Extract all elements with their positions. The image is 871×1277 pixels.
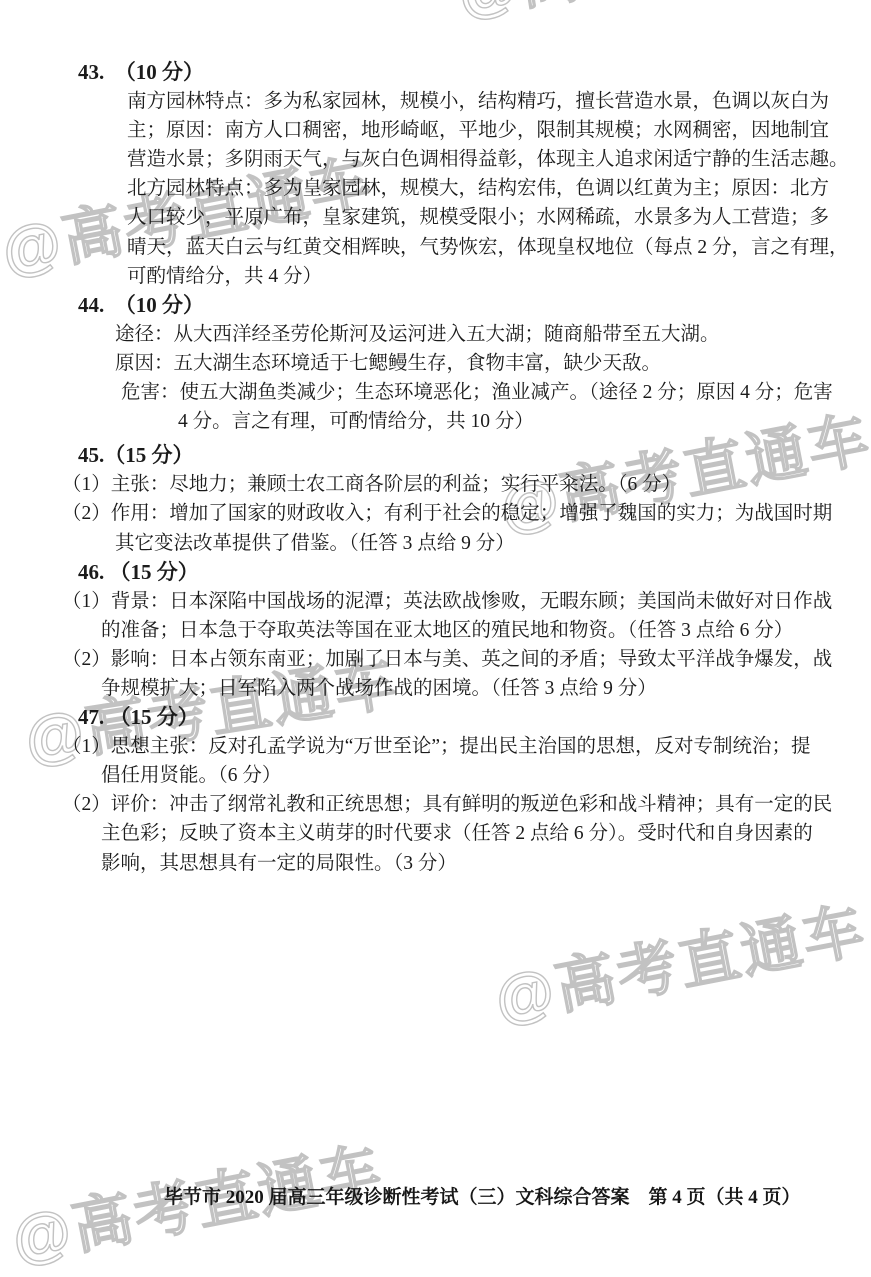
answer-line: （2）评价：冲击了纲常礼教和正统思想；具有鲜明的叛逆色彩和战斗精神；具有一定的民 [62, 790, 871, 819]
question-heading: 44. （10 分） [78, 291, 871, 320]
answer-line: 营造水景；多阴雨天气，与灰白色调相得益彰，体现主人追求闲适宁静的生活志趣。 [127, 145, 871, 174]
answer-line: （2）作用：增加了国家的财政收入；有利于社会的稳定；增强了魏国的实力；为战国时期 [62, 499, 871, 528]
question-block: 46. （15 分） （1）背景：日本深陷中国战场的泥潭；英法欧战惨败，无暇东顾… [0, 558, 871, 703]
answer-line: 主；原因：南方人口稠密，地形崎岖，平地少，限制其规模；水网稠密，因地制宜 [127, 116, 871, 145]
document-page: @高考直通车 @高考直通车 @高考直通车 @高考直通车 @高考直通车 @高考直通… [0, 0, 871, 1277]
answers-content: 43. （10 分） 南方园林特点：多为私家园林，规模小，结构精巧，擅长营造水景… [0, 58, 871, 878]
question-heading: 43. （10 分） [78, 58, 871, 87]
question-lines: 南方园林特点：多为私家园林，规模小，结构精巧，擅长营造水景，色调以灰白为主；原因… [0, 87, 871, 291]
answer-line: 晴天，蓝天白云与红黄交相辉映，气势恢宏，体现皇权地位（每点 2 分，言之有理， [127, 233, 871, 262]
answer-line: 途径：从大西洋经圣劳伦斯河及运河进入五大湖；随商船带至五大湖。 [115, 320, 871, 349]
answer-line: 其它变法改革提供了借鉴。（任答 3 点给 9 分） [115, 529, 871, 558]
question-block: 45.（15 分） （1）主张：尽地力；兼顾士农工商各阶层的利益；实行平籴法。（… [0, 441, 871, 557]
question-heading: 45.（15 分） [78, 441, 871, 470]
question-block: 43. （10 分） 南方园林特点：多为私家园林，规模小，结构精巧，擅长营造水景… [0, 58, 871, 291]
answer-line: （1）主张：尽地力；兼顾士农工商各阶层的利益；实行平籴法。（6 分） [62, 470, 871, 499]
question-heading: 46. （15 分） [78, 558, 871, 587]
answer-line: 人口较少，平原广布，皇家建筑，规模受限小；水网稀疏，水景多为人工营造；多 [127, 203, 871, 232]
answer-line: 可酌情给分，共 4 分） [127, 262, 871, 291]
answer-line: （1）思想主张：反对孔孟学说为“万世至论”；提出民主治国的思想，反对专制统治；提 [62, 732, 871, 761]
answer-line: 倡任用贤能。（6 分） [101, 761, 871, 790]
question-lines: （1）思想主张：反对孔孟学说为“万世至论”；提出民主治国的思想，反对专制统治；提… [0, 732, 871, 877]
question-lines: （1）背景：日本深陷中国战场的泥潭；英法欧战惨败，无暇东顾；美国尚未做好对日作战… [0, 587, 871, 703]
answer-line: （2）影响：日本占领东南亚；加剧了日本与美、英之间的矛盾；导致太平洋战争爆发，战 [62, 645, 871, 674]
watermark-top: @高考直通车 [451, 0, 836, 31]
question-block: 44. （10 分） 途径：从大西洋经圣劳伦斯河及运河进入五大湖；随商船带至五大… [0, 291, 871, 436]
answer-line: 4 分。言之有理，可酌情给分，共 10 分） [178, 407, 871, 436]
answer-line: 的准备；日本急于夺取英法等国在亚太地区的殖民地和物资。（任答 3 点给 6 分） [101, 616, 871, 645]
question-heading: 47. （15 分） [78, 703, 871, 732]
answer-line: 危害：使五大湖鱼类减少；生态环境恶化；渔业减产。（途径 2 分；原因 4 分；危… [121, 378, 871, 407]
answer-line: （1）背景：日本深陷中国战场的泥潭；英法欧战惨败，无暇东顾；美国尚未做好对日作战 [62, 587, 871, 616]
question-lines: 途径：从大西洋经圣劳伦斯河及运河进入五大湖；随商船带至五大湖。原因：五大湖生态环… [0, 320, 871, 436]
answer-line: 原因：五大湖生态环境适于七鳃鳗生存，食物丰富，缺少天敌。 [115, 349, 871, 378]
answer-line: 主色彩；反映了资本主义萌芽的时代要求（任答 2 点给 6 分）。受时代和自身因素… [101, 819, 871, 848]
watermark-right-lower: @高考直通车 [487, 882, 871, 1038]
answer-line: 北方园林特点：多为皇家园林，规模大，结构宏伟，色调以红黄为主；原因：北方 [127, 174, 871, 203]
answer-line: 南方园林特点：多为私家园林，规模小，结构精巧，擅长营造水景，色调以灰白为 [127, 87, 871, 116]
answer-line: 影响，其思想具有一定的局限性。（3 分） [101, 849, 871, 878]
answer-line: 争规模扩大；日军陷入两个战场作战的困境。（任答 3 点给 9 分） [101, 674, 871, 703]
question-block: 47. （15 分） （1）思想主张：反对孔孟学说为“万世至论”；提出民主治国的… [0, 703, 871, 878]
page-footer: 毕节市 2020 届高三年级诊断性考试（三）文科综合答案 第 4 页（共 4 页… [164, 1182, 801, 1209]
question-lines: （1）主张：尽地力；兼顾士农工商各阶层的利益；实行平籴法。（6 分）（2）作用：… [0, 470, 871, 557]
